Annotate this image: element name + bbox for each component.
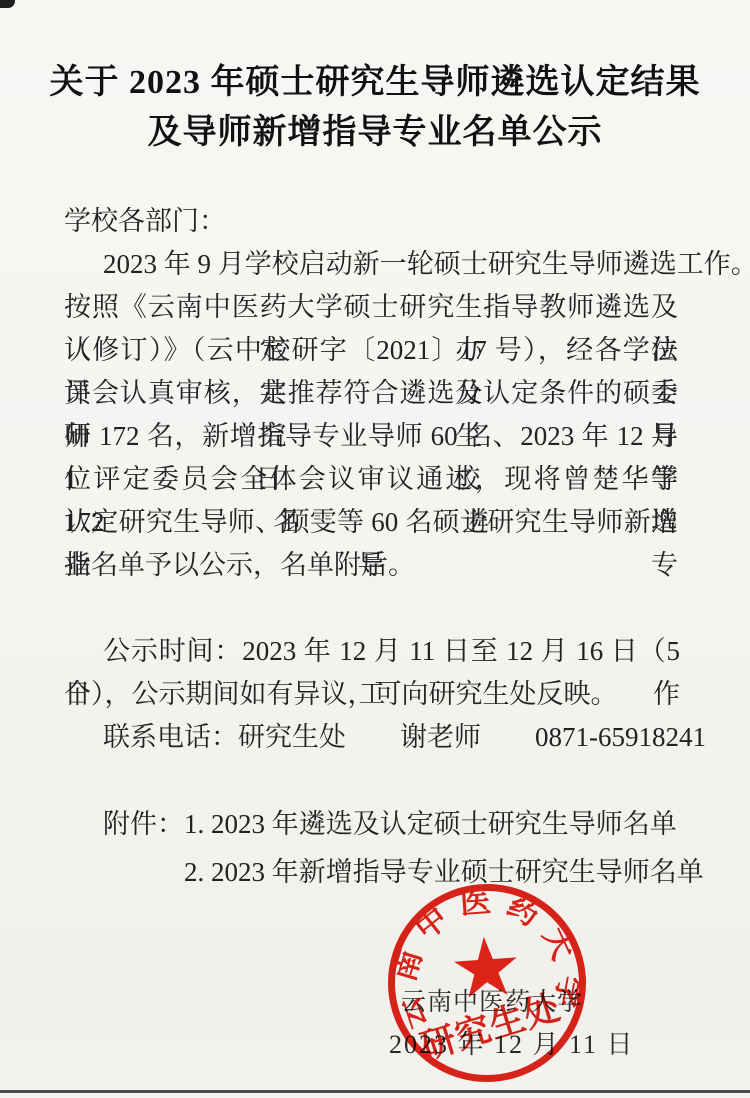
attachment-row-1: 附件：1. 2023 年遴选及认定硕士研究生导师名单 — [103, 800, 704, 848]
attachment-item-1: 1. 2023 年遴选及认定硕士研究生导师名单 — [184, 809, 677, 839]
paragraph-line: 员会认真审核，共推荐符合遴选及认定条件的硕士研究生导 — [64, 372, 678, 415]
salutation: 学校各部门： — [64, 200, 678, 243]
document-title: 关于 2023 年硕士研究生导师遴选认定结果 及导师新增指导专业名单公示 — [0, 58, 750, 158]
official-seal: 云南中医药大学 ★ 研究生处 — [381, 877, 592, 1088]
scan-edge-margin — [0, 1093, 750, 1098]
body-paragraph-2: 公示时间：2023 年 12 月 11 日至 12 月 16 日（5 个工作 日… — [64, 630, 680, 759]
attachments-list: 附件：1. 2023 年遴选及认定硕士研究生导师名单 2. 2023 年新增指导… — [103, 800, 704, 896]
title-line-1: 关于 2023 年硕士研究生导师遴选认定结果 — [0, 58, 750, 108]
contact-line: 联系电话：研究生处 谢老师 0871-65918241 — [64, 716, 680, 759]
paragraph-line: 位评定委员会全体会议审议通过，现将曾楚华等 172 名遴选 — [64, 458, 678, 501]
scanned-notice-page: 关于 2023 年硕士研究生导师遴选认定结果 及导师新增指导专业名单公示 学校各… — [0, 0, 750, 1098]
title-line-2: 及导师新增指导专业名单公示 — [0, 108, 750, 158]
body-paragraph-1: 学校各部门： 2023 年 9 月学校启动新一轮硕士研究生导师遴选工作。 按照《… — [64, 200, 678, 587]
paragraph-line: （修订）》（云中校研字〔2021〕17 号），经各学位评定分委 — [64, 329, 678, 372]
paragraph-line: 师 172 名，新增指导专业导师 60 名、2023 年 12 月 1 日校学 — [64, 415, 678, 458]
paragraph-line: 认定研究生导师、顾雯等 60 名硕士研究生导师新增指导专 — [64, 501, 678, 544]
publicity-period-line: 公示时间：2023 年 12 月 11 日至 12 月 16 日（5 个工作 — [64, 630, 680, 673]
attachment-item-2: 2. 2023 年新增指导专业硕士研究生导师名单 — [184, 857, 704, 887]
paragraph-line: 按照《云南中医药大学硕士研究生指导教师遴选及认定办法 — [64, 286, 678, 329]
publicity-period-line: 日），公示期间如有异议，可向研究生处反映。 — [64, 673, 680, 716]
paragraph-line: 2023 年 9 月学校启动新一轮硕士研究生导师遴选工作。 — [64, 243, 678, 286]
attachments-label: 附件： — [103, 809, 184, 839]
scan-artifact-corner — [0, 0, 15, 8]
